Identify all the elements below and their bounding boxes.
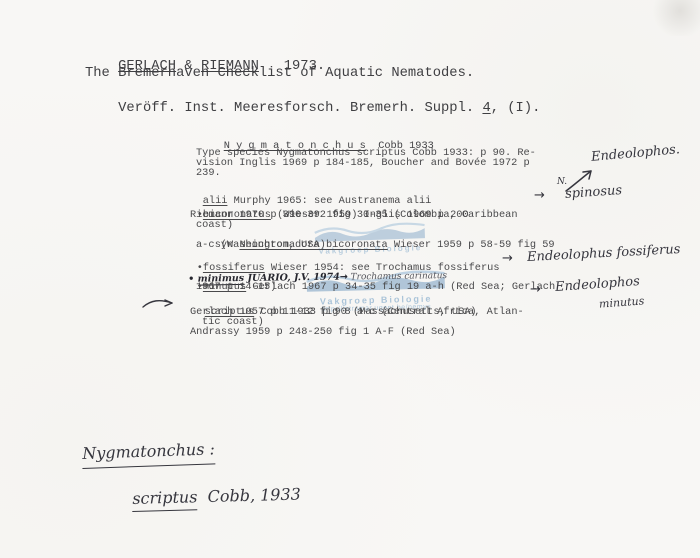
margin-note-endeolophos-minutus: Endeolophos — [555, 274, 641, 295]
journal-text: Veröff. Inst. Meeresforsch. Bremerh. Sup… — [118, 101, 482, 116]
citation-title-line: The Bremerhaven Checklist of Aquatic Nem… — [85, 67, 474, 81]
bottom-species-name: scriptus — [132, 487, 198, 512]
journal-suffix: , (I). — [491, 101, 541, 116]
entry-scriptus-line-4: Andrassy 1959 p 248-250 fig 1 A-F (Red S… — [190, 327, 456, 337]
entry-bicoronatus-line-3: coast) — [196, 220, 233, 230]
type-species-line-2: vision Inglis 1969 p 184-185, Boucher an… — [196, 158, 530, 168]
margin-note-minutus-epithet: minutus — [599, 294, 645, 310]
bottom-genus-text: Nygmatonchus : — [82, 439, 215, 469]
handwritten-arrow-to-scriptus — [142, 296, 178, 312]
margin-note-endeolophos: Endeolophos. — [591, 142, 681, 165]
margin-note-spinosus: spinosus — [565, 183, 623, 202]
citation-journal-line: Veröff. Inst. Meeresforsch. Bremerh. Sup… — [85, 88, 540, 130]
scanned-document-page: Vakgroep Biologie Vakgroep Biologie http… — [0, 0, 700, 558]
entry-bicoronatus-line-2: Riemann 1970 p 390-392 fig 30-35 (Colomb… — [190, 210, 518, 220]
margin-note-spinosus-prefix: N. — [557, 177, 567, 187]
bottom-note-species: scriptus Cobb, 1933 — [111, 466, 301, 532]
bottom-species-author: Cobb, 1933 — [197, 485, 301, 507]
right-arrow-icon: → — [530, 282, 541, 297]
scan-smudge — [650, 0, 700, 36]
journal-volume: 4 — [482, 101, 490, 116]
type-species-line-3: 239. — [196, 168, 221, 178]
entry-bicoronatus-line-5: a-c (Washington, USA) — [196, 240, 326, 250]
entry-minutus-text: Gerlach 1967 p 34-35 fig 19 a-h (Red Sea… — [246, 281, 555, 293]
entry-minutus-line-2: 1967 p 14-15) — [196, 282, 276, 292]
right-arrow-icon: → — [502, 251, 513, 266]
right-arrow-icon: → — [534, 188, 545, 203]
